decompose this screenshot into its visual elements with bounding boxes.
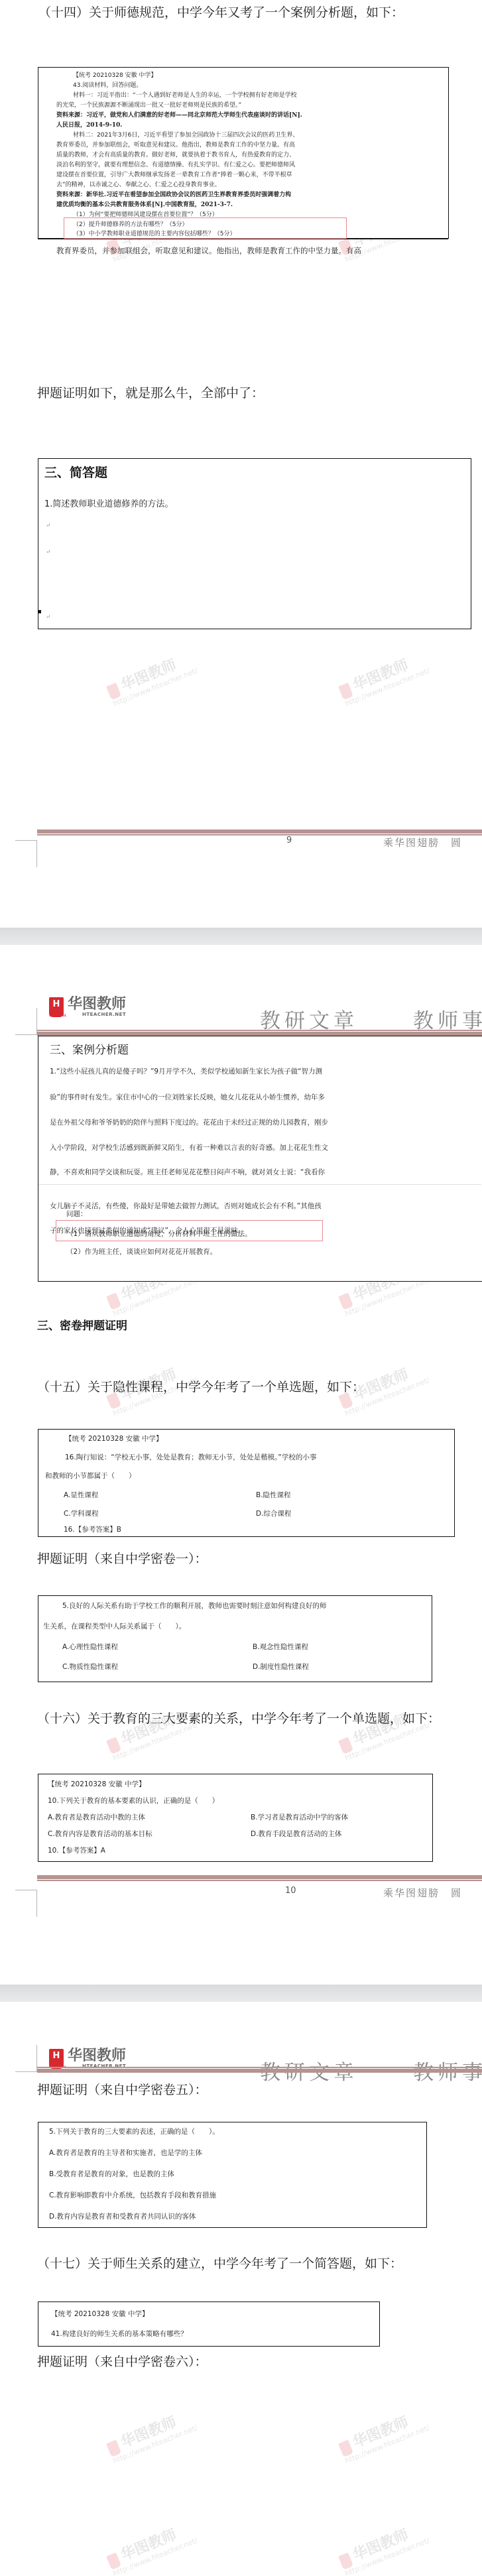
material-2-line-6: 去”的精神，以赤诚之心、奉献之心、仁爱之心投身教育事业。 xyxy=(56,180,221,188)
question-line-1: 10.下列关于教育的基本要素的认识，正确的是（ ） xyxy=(48,1796,219,1806)
footer-separator xyxy=(37,829,482,833)
watermark: 华图教师http://www.hteacher.net/ xyxy=(104,647,199,708)
question-line-1: 5.良好的人际关系有助于学校工作的顺利开展，教师也需要时刻注意如何构建良好的师 xyxy=(62,1601,327,1611)
material-2-line-1: 材料二：2021年3月6日，习近平看望了参加全国政协十三届四次会议的医药卫生界、 xyxy=(73,130,298,139)
proof-box-title: 三、简答题 xyxy=(44,463,107,481)
logo-text: 华图教师 xyxy=(68,997,126,1012)
case-line: 入小学阶段，对学校生活感到既新鲜又陌生，有着一种难以言表的好奇感。加上花花生性文 xyxy=(50,1142,328,1152)
footer-slogan: 乘华图翅膀 圆 xyxy=(383,1886,462,1900)
question-line-2: 和教师的小节都属于（ ） xyxy=(45,1471,136,1481)
footer-separator-thin xyxy=(37,1880,482,1881)
proof-question-box: 三、简答题 1.简述教师职业道德修养的方法。 ↵ ↵ ↵ xyxy=(38,458,471,629)
header-separator-thin xyxy=(37,2067,482,2068)
case-line: 子的家长也接到过类似的通知或“建议”，令人心里很不是滋味。 xyxy=(50,1225,245,1235)
option-d: D.教育手段是教育活动的主体 xyxy=(251,1829,341,1839)
option-b: B.受教育者是教育的对象，也是教的主体 xyxy=(49,2169,174,2179)
page-number: 10 xyxy=(285,1886,296,1896)
proof-question-1: 1.简述教师职业道德修养的方法。 xyxy=(44,497,173,509)
proof-label: 押题证明（来自中学密卷五）： xyxy=(37,2080,208,2098)
section-15-heading: （十五）关于隐性课程，中学今年考了一个单选题，如下： xyxy=(37,1377,365,1395)
material-1-line-2: 的光荣，一个民族源源不断涌现出一批又一批好老师则是民族的希望。” xyxy=(56,100,241,109)
material-2-line-3: 质量的教师，才会有高质量的教育。做好老师，就要执着于教书育人，有热爱教育的定力、 xyxy=(56,150,295,158)
option-c: C.物质性隐性课程 xyxy=(62,1662,118,1672)
case-line: 女儿脑子不灵活，有些傻，你最好是带她去做智力测试，否则对她成长会有不利。”其他孩 xyxy=(50,1201,322,1211)
watermark: 华图教师http://www.hteacher.net/ xyxy=(336,2404,431,2465)
exam-question-box: 【统考 20210328 安徽 中学】 10.下列关于教育的基本要素的认识，正确… xyxy=(38,1774,433,1862)
logo-shield-icon: HSINCE 2001 xyxy=(49,997,64,1017)
source-tag: 【统考 20210328 安徽 中学】 xyxy=(73,70,156,79)
watermark: 华图教师http://www.hteacher.net/ xyxy=(104,2517,199,2576)
option-b: B.学习者是教育活动中学的客体 xyxy=(251,1812,348,1822)
proof-question-box: 5.下列关于教育的三大要素的表述，正确的是（ ）。 A.教育者是教育的主导者和实… xyxy=(38,2122,427,2228)
paragraph-mark: ↵ xyxy=(46,549,51,556)
option-b: B.观念性隐性课程 xyxy=(253,1642,308,1652)
exam-question-box-complete: 【统考 20210328 安徽 中学】 43.阅读材料，回答问题。 材料一：习近… xyxy=(38,67,449,239)
page-break xyxy=(0,928,482,945)
margin-corner-mark xyxy=(15,2045,37,2072)
logo-shield-icon: HSINCE 2001 xyxy=(49,2049,64,2069)
source-citation-2a: 资料来源：新华社.习近平在看望参加全国政协会议的医药卫生界教育界委员时强调着力构 xyxy=(56,190,291,198)
question-line-1: 16.陶行知说：“学校无小事，处处是教育；教师无小节，处处是楷模。”学校的小事 xyxy=(65,1452,316,1462)
option-d: D.制度性隐性课程 xyxy=(253,1662,309,1672)
option-d: D.综合课程 xyxy=(256,1508,291,1518)
watermark: 华图教师http://www.hteacher.net/ xyxy=(336,647,431,708)
watermark: 华图教师http://www.hteacher.net/ xyxy=(336,2517,431,2576)
logo-subtext: HTEACHER.NET xyxy=(82,1012,126,1017)
page-boundary-line xyxy=(38,1184,481,1185)
option-c: C.教育影响即教育中介系统，包括教育手段和教育措施 xyxy=(49,2190,216,2200)
source-citation-1a: 资料来源：习近平，做党和人们满意的好老师——同北京师范大学师生代表座谈时的讲话[… xyxy=(56,110,302,119)
sub-question-2: （2）提升师德修养的方法有哪些？（5分） xyxy=(73,219,188,228)
source-citation-2b: 建优质均衡的基本公共教育服务体系[N].中国教育报，2021-3-7. xyxy=(56,200,233,208)
proof-question-box: 5.良好的人际关系有助于学校工作的顺利开展，教师也需要时刻注意如何构建良好的师 … xyxy=(38,1595,432,1682)
page-number: 9 xyxy=(286,835,292,845)
header-separator xyxy=(37,2069,482,2073)
option-a: A.心理性隐性课程 xyxy=(62,1642,118,1652)
case-analysis-box: 三、案例分析题 1.“这些小屁孩儿真的是傻子吗？”9月开学不久，类似学校通知新生… xyxy=(38,1036,482,1282)
option-b: B.隐性课程 xyxy=(256,1490,291,1500)
material-1-line-1: 材料一：习近平指出：“一个人遇到好老师是人生的幸运，一个学校拥有好老师是学校 xyxy=(73,90,297,99)
logo-subtext: HTEACHER.NET xyxy=(82,2063,126,2069)
section-16-heading: （十六）关于教育的三大要素的关系，中学今年考了一个单选题，如下： xyxy=(37,1709,440,1727)
source-citation-1b: 人民日报，2014-9-10. xyxy=(56,120,122,129)
margin-corner-mark xyxy=(15,1890,37,1917)
margin-corner-mark xyxy=(15,1008,37,1035)
footer-separator xyxy=(37,1875,482,1879)
material-2-line-2: 教育界委员，并参加联组会，听取意见和建议。他指出，教师是教育工作的中坚力量。有高 xyxy=(56,140,295,149)
paragraph-mark: ↵ xyxy=(46,522,51,529)
header-separator-thin xyxy=(37,1030,482,1031)
case-box-title: 三、案例分析题 xyxy=(50,1040,129,1057)
question-line-2: 生关系，在课程类型中人际关系属于（ ）。 xyxy=(43,1621,186,1631)
margin-corner-mark xyxy=(15,840,37,867)
footer-slogan: 乘华图翅膀 圆 xyxy=(383,835,462,849)
part-3-heading: 三、密卷押题证明 xyxy=(37,1316,127,1333)
page-break xyxy=(0,1985,482,2002)
proof-label: 押题证明（来自中学密卷六）： xyxy=(37,2352,208,2370)
option-a: A.教育者是教育活动中教的主体 xyxy=(48,1812,145,1822)
watermark: 华图教师http://www.hteacher.net/ xyxy=(104,2404,199,2465)
option-c: C.教育内容是教育活动的基本目标 xyxy=(48,1829,152,1839)
answer-key: 10.【参考答案】A xyxy=(48,1845,105,1855)
watermark-logo-icon xyxy=(106,682,121,700)
question-line-1: 41.构建良好的师生关系的基本策略有哪些？ xyxy=(51,2329,188,2339)
proof-label: 押题证明（来自中学密卷一）： xyxy=(37,1549,208,1567)
option-c: C.学科课程 xyxy=(64,1508,99,1518)
question-line-1: 5.下列关于教育的三大要素的表述，正确的是（ ）。 xyxy=(49,2126,219,2136)
material-2-line-4: 淡泊名利的坚守，就要有理想信念、有道德情操、有扎实学识、有仁爱之心。要把师德师风 xyxy=(56,160,295,168)
option-a: A.教育者是教育的主导者和实施者，也是学的主体 xyxy=(49,2148,202,2158)
option-d: D.教育内容是教育者和受教育者共同认识的客体 xyxy=(49,2211,196,2221)
case-line: 静，不喜欢和同学交谈和玩耍。班主任老师见花花整日闷声不响，就对刘女士说：“我看你 xyxy=(50,1167,325,1177)
question-intro: 43.阅读材料，回答问题。 xyxy=(73,80,142,89)
brand-logo: HSINCE 2001 华图教师 HTEACHER.NET xyxy=(49,997,126,1017)
source-tag: 【统考 20210328 安徽 中学】 xyxy=(65,1434,162,1443)
proof-label: 押题证明如下，就是那么牛，全部中了： xyxy=(37,383,264,401)
exam-question-box: 【统考 20210328 安徽 中学】 41.构建良好的师生关系的基本策略有哪些… xyxy=(38,2301,380,2347)
source-tag: 【统考 20210328 安徽 中学】 xyxy=(51,2309,149,2319)
case-line: 验”的事件时有发生。家住市中心的一位刘姓家长反映，她女儿花花从小娇生惯养，幼年多 xyxy=(50,1092,325,1102)
brand-logo: HSINCE 2001 华图教师 HTEACHER.NET xyxy=(49,2049,126,2069)
answer-key: 16.【参考答案】B xyxy=(64,1524,121,1534)
logo-text: 华图教师 xyxy=(68,2049,126,2063)
table-anchor-handle[interactable] xyxy=(38,610,41,613)
exam-question-box: 【统考 20210328 安徽 中学】 16.陶行知说：“学校无小事，处处是教育… xyxy=(38,1429,455,1537)
paragraph-mark: ↵ xyxy=(46,614,51,621)
option-a: A.显性课程 xyxy=(64,1490,98,1500)
case-line: 1.“这些小屁孩儿真的是傻子吗？”9月开学不久，类似学校通知新生家长为孩子做“智… xyxy=(50,1066,322,1076)
material-2-line-5: 建设摆在首要位置，引导广大教师继承发扬老一辈教育工作者“捧着一颗心来，不带半根草 xyxy=(56,170,292,178)
source-tag: 【统考 20210328 安徽 中学】 xyxy=(48,1779,145,1789)
case-line: 是在外祖父母和爷爷奶奶的陪伴与照料下度过的。花花由于未经过正规的幼儿园教育，刚步 xyxy=(50,1117,328,1127)
section-17-heading: （十七）关于师生关系的建立，中学今年考了一个简答题，如下： xyxy=(37,2254,402,2272)
watermark-logo-icon xyxy=(338,682,353,700)
sub-question-3: （3）中小学教师职业道德规范的主要内容包括哪些？（5分） xyxy=(73,229,235,237)
